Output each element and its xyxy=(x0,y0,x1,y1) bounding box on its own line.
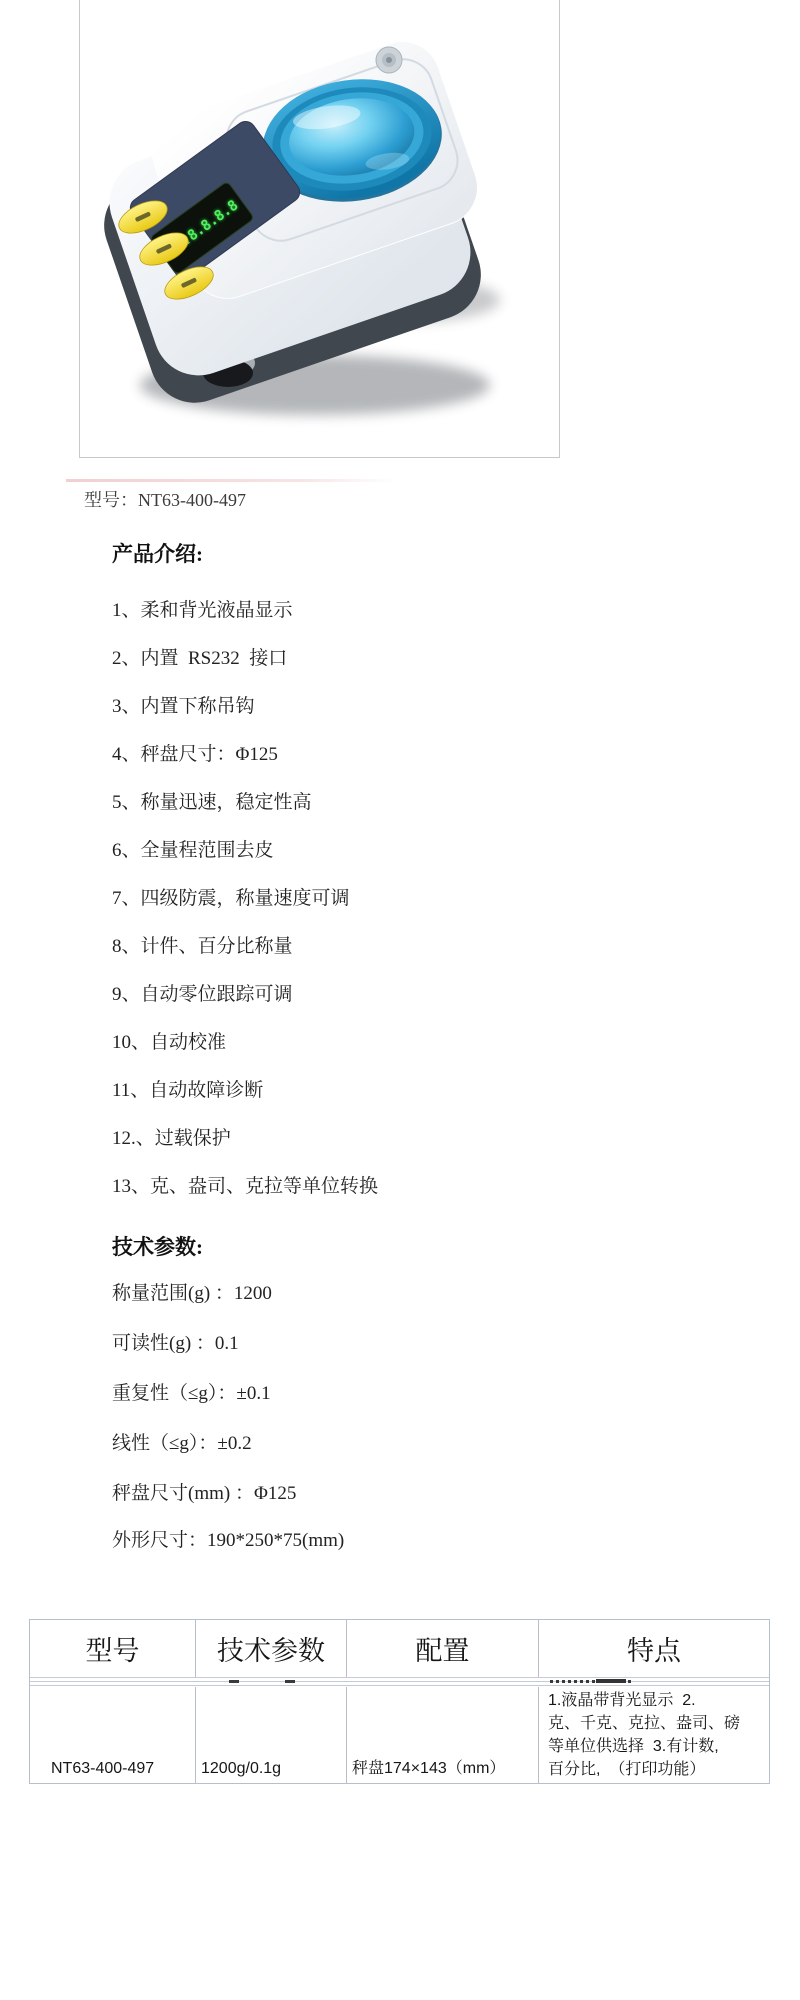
separator-dash-thick xyxy=(596,1679,626,1683)
separator-dash-1 xyxy=(229,1680,239,1683)
intro-item-5: 5、称量迅速，稳定性高 xyxy=(112,787,312,814)
specs-heading: 技术参数: xyxy=(112,1231,203,1261)
cell-params: 1200g/0.1g xyxy=(196,1687,347,1783)
balance-illustration: 8.8.8.8.8.8 xyxy=(80,0,559,457)
header-model: 型号 xyxy=(30,1620,196,1677)
product-photo-box: 8.8.8.8.8.8 xyxy=(79,0,560,458)
intro-item-11: 11、自动故障诊断 xyxy=(112,1075,263,1102)
intro-item-8: 8、计件、百分比称量 xyxy=(112,931,293,958)
header-params: 技术参数 xyxy=(196,1620,347,1677)
cell-features: 1.液晶带背光显示 2. 克、千克、克拉、盎司、磅 等单位供选择 3.有计数, … xyxy=(539,1687,769,1783)
intro-item-6: 6、全量程范围去皮 xyxy=(112,835,274,862)
intro-heading: 产品介绍: xyxy=(112,538,203,568)
bubble-level xyxy=(376,47,402,73)
pink-divider-line xyxy=(66,479,396,482)
features-line-4: 百分比, （打印功能） xyxy=(548,1758,765,1781)
cell-config: 秤盘174×143（mm） xyxy=(347,1687,539,1783)
features-line-3: 等单位供选择 3.有计数, xyxy=(548,1735,765,1758)
spec-weighing-range: 称量范围(g) ：1200 xyxy=(112,1278,272,1305)
separator-dash-2 xyxy=(285,1680,295,1683)
features-line-1: 1.液晶带背光显示 2. xyxy=(548,1689,765,1712)
spec-dimensions: 外形尺寸：190*250*75(mm) xyxy=(112,1525,344,1552)
intro-item-3: 3、内置下称吊钩 xyxy=(112,691,255,718)
model-number: 型号：NT63-400-497 xyxy=(84,486,246,512)
intro-item-2: 2、内置 RS232 接口 xyxy=(112,643,287,670)
product-page: 8.8.8.8.8.8 型号：NT63-400-497 产品介 xyxy=(0,0,800,2000)
intro-item-7: 7、四级防震，称量速度可调 xyxy=(112,883,350,910)
table-header-row: 型号 技术参数 配置 特点 xyxy=(30,1620,769,1677)
header-features: 特点 xyxy=(539,1620,769,1677)
intro-item-9: 9、自动零位跟踪可调 xyxy=(112,979,293,1006)
intro-item-12: 12.、过载保护 xyxy=(112,1123,231,1150)
intro-item-10: 10、自动校准 xyxy=(112,1027,226,1054)
spec-pan-size: 秤盘尺寸(mm) ：Φ125 xyxy=(112,1478,296,1505)
header-separator-band xyxy=(30,1677,769,1687)
features-line-2: 克、千克、克拉、盎司、磅 xyxy=(548,1712,765,1735)
table-data-row: NT63-400-497 1200g/0.1g 秤盘174×143（mm） 1.… xyxy=(30,1687,769,1783)
intro-item-1: 1、柔和背光液晶显示 xyxy=(112,595,293,622)
intro-item-4: 4、秤盘尺寸：Φ125 xyxy=(112,739,278,766)
header-config: 配置 xyxy=(347,1620,539,1677)
spec-table: 型号 技术参数 配置 特点 NT63-400-497 1200g/0.1g 秤盘… xyxy=(29,1619,770,1784)
spec-repeatability: 重复性（≤g）：±0.1 xyxy=(112,1378,271,1405)
cell-model: NT63-400-497 xyxy=(30,1687,196,1783)
spec-readability: 可读性(g) ：0.1 xyxy=(112,1328,239,1355)
spec-linearity: 线性（≤g）：±0.2 xyxy=(112,1428,252,1455)
intro-item-13: 13、克、盎司、克拉等单位转换 xyxy=(112,1171,378,1198)
